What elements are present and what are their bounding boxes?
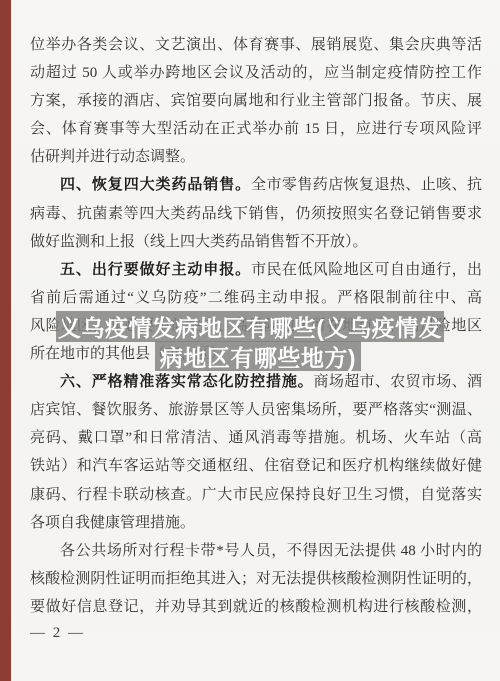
text-line: 五、出行要做好主动申报。市民在低风险地区可自由通行，出 bbox=[30, 256, 482, 284]
text-line: 方案，承接的酒店、宾馆要向属地和行业主管部门报备。节庆、展 bbox=[30, 87, 482, 115]
text-line: 做好监测和上报（线上四大类药品销售暂不开放）。 bbox=[30, 228, 482, 256]
left-red-edge-bar bbox=[0, 0, 11, 681]
watermark-title-line-2: 病地区有哪些地方) bbox=[155, 341, 361, 371]
text-line: 位举办各类会议、文艺演出、体育赛事、展销展览、集会庆典等活 bbox=[30, 31, 482, 59]
watermark-title-line-1: 义乌疫情发病地区有哪些(义乌疫情发 bbox=[56, 311, 444, 342]
text-line: 估研判并进行动态调整。 bbox=[30, 143, 482, 171]
text-line: 店宾馆、餐饮服务、旅游景区等人员密集场所，要严格落实“测温、 bbox=[30, 396, 482, 424]
text-line: 四、恢复四大类药品销售。全市零售药店恢复退热、止咳、抗 bbox=[30, 171, 482, 199]
section-heading: 六、严格精准落实常态化防控措施。 bbox=[60, 374, 314, 390]
text-line: 各项自我健康管理措施。 bbox=[30, 509, 482, 537]
text-line: 会、体育赛事等大型活动在正式举办前 15 日，应进行专项风险评 bbox=[30, 115, 482, 143]
section-heading: 五、出行要做好主动申报。 bbox=[60, 262, 251, 278]
page-number: — 2 — bbox=[30, 625, 85, 642]
text-line: 省前后需通过“义乌防疫”二维码主动申报。严格限制前往中、高 bbox=[30, 284, 482, 312]
watermark-title-text-1: 义乌疫情发病地区有哪些(义乌疫情发 bbox=[58, 311, 442, 342]
text-line: 六、严格精准落实常态化防控措施。商场超市、农贸市场、酒 bbox=[30, 368, 482, 396]
text-line: 康码、行程卡联动核查。广大市民应保持良好卫生习惯，自觉落实 bbox=[30, 481, 482, 509]
text-line: 核酸检测阴性证明而拒绝其进入；对无法提供核酸检测阴性证明的， bbox=[30, 565, 482, 593]
text-line: 病毒、抗菌素等四大类药品线下销售，仍须按照实名登记销售要求 bbox=[30, 200, 482, 228]
text-line: 要做好信息登记，并劝导其到就近的核酸检测机构进行核酸检测， bbox=[30, 593, 482, 621]
text-line: 动超过 50 人或举办跨地区会议及活动的，应当制定疫情防控工作 bbox=[30, 59, 482, 87]
watermark-title-text-2: 病地区有哪些地方) bbox=[160, 341, 356, 371]
text-line: 亮码、戴口罩”和日常清洁、通风消毒等措施。机场、火车站（高 bbox=[30, 424, 482, 452]
text-line: 各公共场所对行程卡带*号人员，不得因无法提供 48 小时内的 bbox=[30, 537, 482, 565]
text-line: 铁站）和汽车客运站等交通枢纽、住宿登记和医疗机构继续做好健 bbox=[30, 452, 482, 480]
section-heading: 四、恢复四大类药品销售。 bbox=[60, 177, 251, 193]
